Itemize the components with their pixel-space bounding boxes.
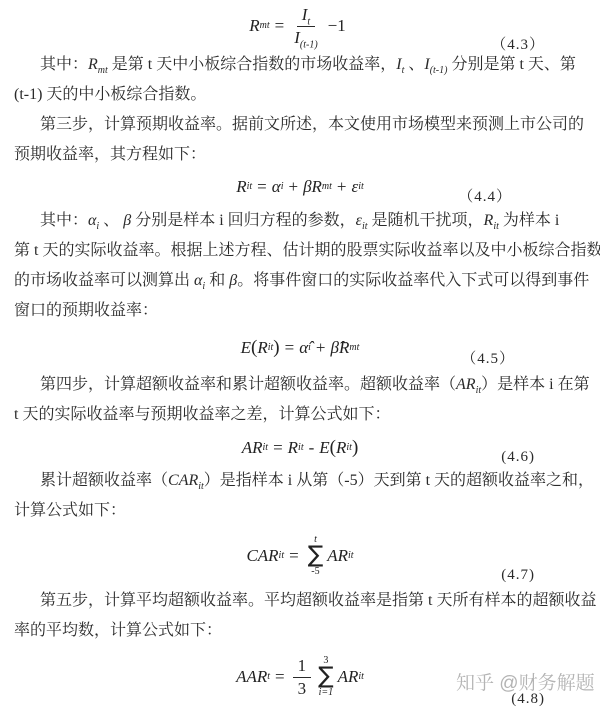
paragraph-line: 率的平均数，计算公式如下：: [0, 616, 600, 646]
math-operator: +: [337, 177, 347, 197]
fraction-numerator: 1: [293, 657, 312, 678]
equation-number: （4.5）: [461, 347, 515, 368]
zhihu-watermark: 知乎 @财务解题: [456, 668, 595, 695]
math-symbol: AR: [338, 667, 359, 687]
fraction-denominator: I(t-1): [292, 27, 319, 47]
math-symbol: AR: [456, 376, 476, 393]
fraction-denominator: 3: [296, 678, 309, 698]
text-segment: 累计超额收益率（: [40, 472, 168, 489]
paragraph-line: 其中：Rmt 是第 t 天中小板综合指数的市场收益率，It 、I(t-1) 分别…: [0, 50, 600, 80]
summation: t ∑ -5: [308, 535, 324, 577]
math-symbol: R: [312, 177, 322, 197]
paragraph-line: 第三步，计算预期收益率。据前文所述，本文使用市场模型来预测上市公司的: [0, 110, 600, 140]
math-operator: =: [289, 546, 299, 566]
text-segment: 为样本 i: [499, 212, 559, 229]
text-segment: ）是样本 i 在第: [481, 376, 589, 393]
math-symbol: β: [303, 177, 311, 197]
math-symbol: R: [484, 212, 494, 229]
math-symbol: R: [257, 338, 267, 358]
document-page: Rmt = It I(t-1) −1 （4.3） 其中：Rmt 是第 t 天中小…: [0, 0, 600, 708]
math-symbol: R: [339, 338, 349, 358]
math-operator: =: [275, 667, 285, 687]
equation-4-6: ARit = Rit - E(Rit) (4.6): [0, 434, 600, 462]
summation-lower-limit: i=1: [319, 688, 334, 698]
math-symbol: β: [123, 212, 131, 229]
text-segment: ）是指样本 i 从第（-5）天到第 t 天的超额收益率之和，: [204, 472, 594, 489]
paragraph-line: 第五步，计算平均超额收益率。平均超额收益率是指第 t 天所有样本的超额收益: [0, 586, 600, 616]
text-segment: 、: [99, 212, 123, 229]
summation-lower-limit: -5: [311, 567, 319, 577]
math-symbol: ε: [352, 177, 359, 197]
math-symbol: β: [229, 272, 237, 289]
sigma-icon: ∑: [318, 666, 334, 688]
text-segment: 是随机干扰项，: [368, 212, 484, 229]
fraction-numerator: It: [297, 6, 315, 27]
math-operator: =: [257, 177, 267, 197]
math-symbol: R: [336, 438, 346, 458]
text-segment: 其中：: [40, 56, 88, 73]
math-symbol: α̂: [299, 338, 308, 358]
math-subscript: t: [307, 16, 310, 27]
math-symbol: CAR: [246, 546, 278, 566]
math-symbol: R: [288, 438, 298, 458]
math-symbol: E: [319, 438, 329, 458]
math-subscript: (t-1): [300, 39, 318, 50]
fraction: It I(t-1): [292, 6, 319, 47]
equation-4-4: Rit = αi + βRmt + εit （4.4）: [0, 172, 600, 202]
text-segment: 的市场收益率可以测算出: [14, 272, 194, 289]
sigma-icon: ∑: [308, 545, 324, 567]
math-paren: ): [352, 437, 358, 459]
fraction: 1 3: [293, 657, 312, 698]
paragraph-line: 窗口的预期收益率：: [0, 296, 600, 326]
paragraph-line: 第四步，计算超额收益率和累计超额收益率。超额收益率（ARit）是样本 i 在第: [0, 370, 600, 400]
math-operator: +: [288, 177, 298, 197]
paragraph-line: t 天的实际收益率与预期收益率之差，计算公式如下：: [0, 400, 600, 430]
math-operator: =: [273, 438, 283, 458]
equation-4-3: Rmt = It I(t-1) −1 （4.3）: [0, 2, 600, 50]
math-operator: =: [285, 338, 295, 358]
math-symbol: AR: [327, 546, 348, 566]
math-operator: −1: [328, 16, 346, 36]
math-symbol: β̂: [331, 338, 339, 358]
text-segment: 和: [205, 272, 229, 289]
paragraph-line: 的市场收益率可以测算出 αi 和 β。将事件窗口的实际收益率代入下式可以得到事件: [0, 266, 600, 296]
equation-number: （4.4）: [458, 185, 512, 206]
equation-4-5: E(Rit) = α̂i + β̂Rmt （4.5）: [0, 332, 600, 364]
math-operator: -: [309, 438, 315, 458]
math-operator: =: [275, 16, 285, 36]
text-segment: 第四步，计算超额收益率和累计超额收益率。超额收益率（: [40, 376, 456, 393]
paragraph-line: 累计超额收益率（CARit）是指样本 i 从第（-5）天到第 t 天的超额收益率…: [0, 466, 600, 496]
paragraph-line: 计算公式如下：: [0, 496, 600, 526]
paragraph-line: (t-1) 天的中小板综合指数。: [0, 80, 600, 110]
math-symbol: AAR: [236, 667, 267, 687]
equation-4-7: CARit = t ∑ -5 ARit (4.7): [0, 530, 600, 582]
math-symbol: CAR: [168, 472, 198, 489]
equation-number: （4.3）: [491, 33, 545, 54]
text-segment: 分别是第 t 天、第: [447, 56, 575, 73]
math-paren: ): [273, 337, 279, 359]
text-segment: 是第 t 天中小板综合指数的市场收益率，: [108, 56, 396, 73]
math-subscript: mt: [98, 65, 108, 76]
text-segment: 分别是样本 i 回归方程的参数，: [131, 212, 355, 229]
text-segment: 。将事件窗口的实际收益率代入下式可以得到事件: [237, 272, 589, 289]
math-symbol: E: [241, 338, 251, 358]
text-segment: 其中：: [40, 212, 88, 229]
text-segment: 、: [404, 56, 424, 73]
math-symbol: R: [249, 16, 259, 36]
paragraph-line: 预期收益率，其方程如下：: [0, 140, 600, 170]
equation-number: (4.6): [501, 449, 535, 466]
math-symbol: R: [236, 177, 246, 197]
paragraph-line: 其中：αi 、 β 分别是样本 i 回归方程的参数，εit 是随机干扰项，Rit…: [0, 206, 600, 236]
summation: 3 ∑ i=1: [318, 656, 334, 698]
paragraph-line: 第 t 天的实际收益率。根据上述方程、估计期的股票实际收益率以及中小板综合指数: [0, 236, 600, 266]
math-symbol: R: [88, 56, 98, 73]
math-subscript: (t-1): [430, 65, 448, 76]
math-symbol: AR: [242, 438, 263, 458]
math-operator: +: [316, 338, 326, 358]
equation-number: (4.7): [501, 567, 535, 584]
math-symbol: α: [272, 177, 281, 197]
